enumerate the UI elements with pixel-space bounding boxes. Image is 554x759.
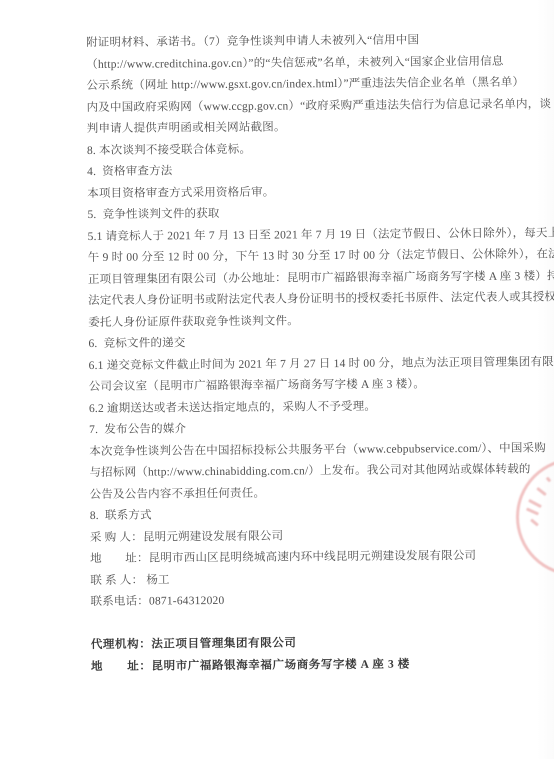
text-line: 公示系统（网址 http://www.gsxt.gov.cn/index.htm… — [86, 72, 536, 97]
text-line: 联系电话：0871-64312020 — [90, 588, 540, 613]
text-line: 6.1 递交竞标文件截止时间为 2021 年 7 月 27 日 14 时 00 … — [89, 352, 539, 377]
seal-glyph-mark — [546, 477, 552, 483]
text-line: 与招标网（http://www.chinabidding.com.cn/）上发布… — [89, 459, 539, 484]
document-page: 附证明材料、承诺书。（7）竞争性谈判申请人未被列入“信用中国（http://ww… — [0, 0, 554, 759]
text-line: 地 址：昆明市广福路银海幸福广场商务写字楼 A 座 3 楼 — [91, 653, 541, 678]
text-line: 地 址：昆明市西山区昆明绕城高速内环中线昆明元朔建设发展有限公司 — [90, 545, 540, 570]
text-line: 内及中国政府采购网（www.ccgp.gov.cn）“政府采购严重违法失信行为信… — [87, 94, 537, 119]
text-line: 午 9 时 00 分至 12 时 00 分，下午 13 时 30 分至 17 时… — [88, 244, 538, 269]
document-body: 附证明材料、承诺书。（7）竞争性谈判申请人未被列入“信用中国（http://ww… — [86, 29, 541, 678]
text-line: 法定代表人身份证明书或附法定代表人身份证明书的授权委托书原件、法定代表人或其授权 — [88, 287, 538, 312]
